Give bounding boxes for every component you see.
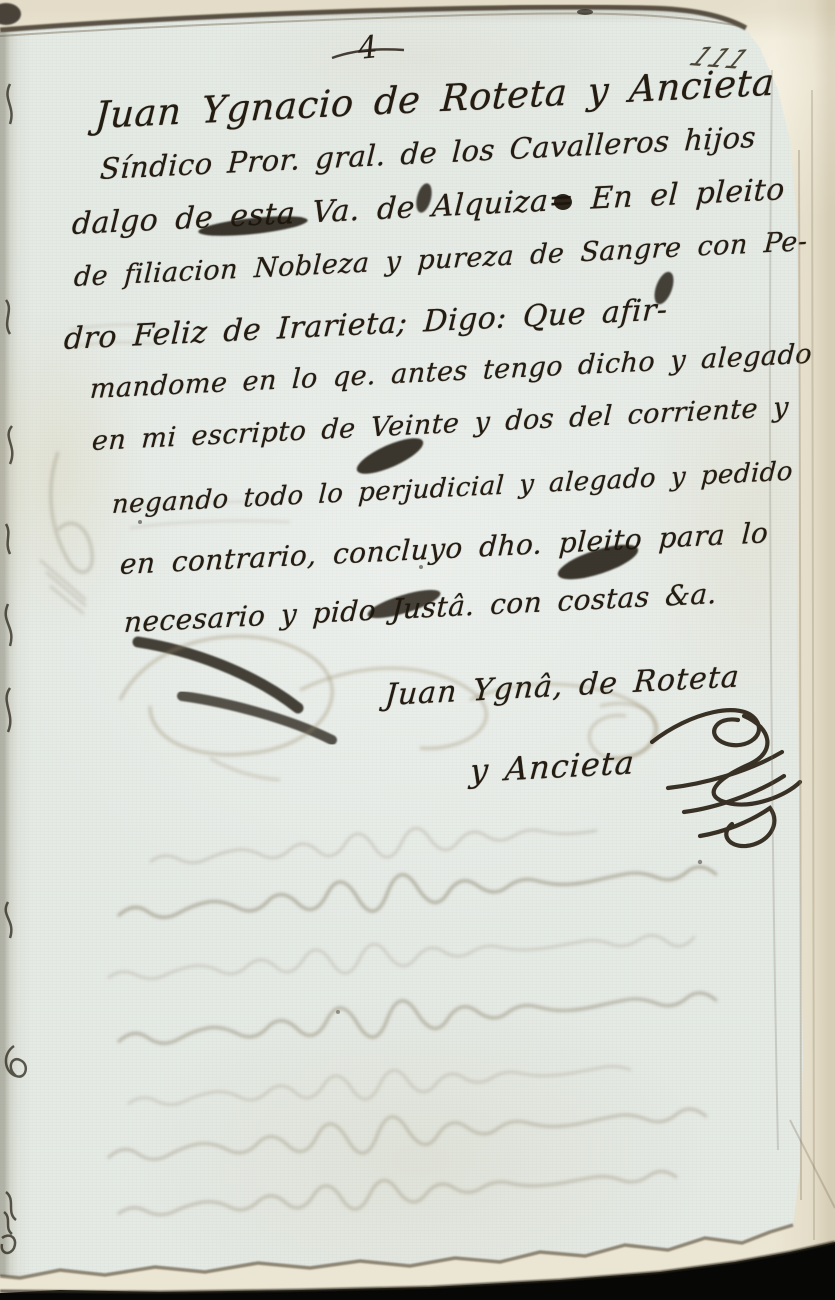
- scanned-manuscript: 4 111 Juan Ygnacio de Roteta y Ancieta S…: [0, 0, 835, 1300]
- manuscript-page: [0, 0, 835, 1300]
